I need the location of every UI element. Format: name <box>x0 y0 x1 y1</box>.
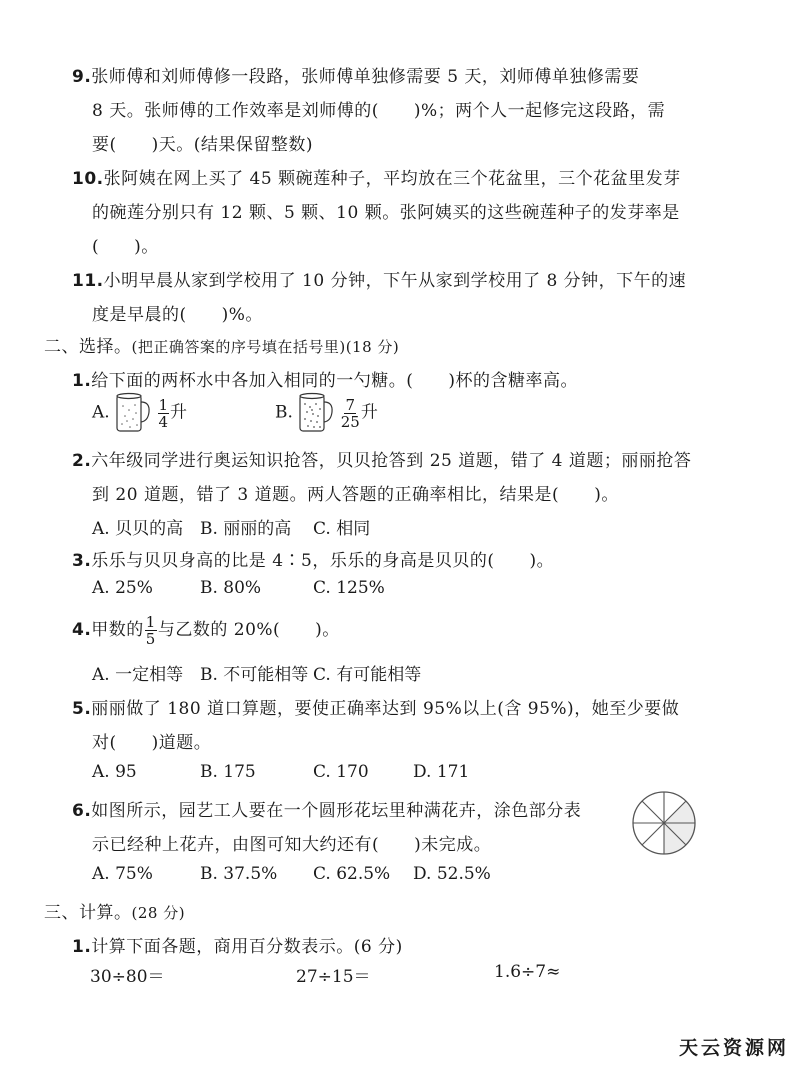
question-number: 11. <box>72 271 104 291</box>
denominator: 4 <box>159 414 169 430</box>
question-number: 1. <box>72 937 91 957</box>
question-number: 3. <box>72 551 91 571</box>
watermark: 天云资源网 <box>679 1033 789 1060</box>
s2-q1-option-b: B. 725升 <box>275 392 378 434</box>
s2-q1-option-a: A. 14升 <box>92 392 187 434</box>
cup-icon <box>115 392 151 434</box>
s3-q1-item-1: 30÷80＝ <box>90 962 165 987</box>
numerator: 1 <box>145 614 157 631</box>
numerator: 1 <box>158 397 170 414</box>
s2-q2-line1: 2.六年级同学进行奥运知识抢答，贝贝抢答到 25 道题，错了 4 道题；丽丽抢答 <box>72 446 691 471</box>
s2-q6-line2: 示已经种上花卉，由图可知大约还有( )未完成。 <box>92 830 491 855</box>
s2-q2-option-b: B. 丽丽的高 <box>200 514 291 539</box>
s2-q6-option-c: C. 62.5% <box>313 864 390 884</box>
s2-q5-option-c: C. 170 <box>313 762 369 782</box>
question-text: 丽丽做了 180 道口算题，要使正确率达到 95%以上(含 95%)，她至少要做 <box>91 699 679 719</box>
s2-q2-option-a: A. 贝贝的高 <box>92 514 183 539</box>
question-number: 10. <box>72 169 104 189</box>
question-text: 小明早晨从家到学校用了 10 分钟，下午从家到学校用了 8 分钟，下午的速 <box>104 271 687 291</box>
option-unit: 升 <box>170 403 187 423</box>
s2-q2-option-c: C. 相同 <box>313 514 370 539</box>
option-label: A. <box>92 403 110 423</box>
question-number: 9. <box>72 67 91 87</box>
s2-q4-option-c: C. 有可能相等 <box>313 660 421 685</box>
question-number: 4. <box>72 620 91 640</box>
question-number: 6. <box>72 801 91 821</box>
question-number: 1. <box>72 371 91 391</box>
question-text: 张阿姨在网上买了 45 颗碗莲种子，平均放在三个花盆里，三个花盆里发芽 <box>104 169 681 189</box>
s2-q3-option-a: A. 25% <box>92 578 153 598</box>
question-number: 5. <box>72 699 91 719</box>
question-number: 2. <box>72 451 91 471</box>
cup-icon <box>298 392 334 434</box>
question-text: 乐乐与贝贝身高的比是 4∶5，乐乐的身高是贝贝的( )。 <box>91 551 554 571</box>
s2-q2-line2: 到 20 道题，错了 3 道题。两人答题的正确率相比，结果是( )。 <box>92 480 619 505</box>
numerator: 7 <box>344 397 356 414</box>
denominator: 5 <box>146 631 156 647</box>
section-title: 三、计算。 <box>44 903 132 923</box>
s2-q5-option-d: D. 171 <box>413 762 469 782</box>
s2-q4-option-a: A. 一定相等 <box>92 660 183 685</box>
s2-q4: 4.甲数的15与乙数的 20%( )。 <box>72 614 340 647</box>
q10-line2: 的碗莲分别只有 12 颗、5 颗、10 颗。张阿姨买的这些碗莲种子的发芽率是 <box>92 198 680 223</box>
q9-line2: 8 天。张师傅的工作效率是刘师傅的( )%；两个人一起修完这段路，需 <box>92 96 665 121</box>
s2-q3-option-c: C. 125% <box>313 578 385 598</box>
s2-q1: 1.给下面的两杯水中各加入相同的一勺糖。( )杯的含糖率高。 <box>72 366 578 391</box>
s2-q6-option-b: B. 37.5% <box>200 864 277 884</box>
question-text: 给下面的两杯水中各加入相同的一勺糖。( )杯的含糖率高。 <box>91 371 578 391</box>
q10-line1: 10.张阿姨在网上买了 45 颗碗莲种子，平均放在三个花盆里，三个花盆里发芽 <box>72 164 681 189</box>
s2-q5-option-a: A. 95 <box>92 762 137 782</box>
q9-line1: 9.张师傅和刘师傅修一段路，张师傅单独修需要 5 天，刘师傅单独修需要 <box>72 62 639 87</box>
q11-line2: 度是早晨的( )%。 <box>92 300 263 325</box>
option-unit: 升 <box>361 403 378 423</box>
s2-q5-line1: 5.丽丽做了 180 道口算题，要使正确率达到 95%以上(含 95%)，她至少… <box>72 694 679 719</box>
question-text-post: 与乙数的 20%( )。 <box>158 620 340 640</box>
q11-line1: 11.小明早晨从家到学校用了 10 分钟，下午从家到学校用了 8 分钟，下午的速 <box>72 266 686 291</box>
s2-q6-option-d: D. 52.5% <box>413 864 491 884</box>
q10-line3: ( )。 <box>92 232 159 257</box>
s2-q6-line1: 6.如图所示，园艺工人要在一个圆形花坛里种满花卉，涂色部分表 <box>72 796 581 821</box>
s3-q1: 1.计算下面各题，商用百分数表示。(6 分) <box>72 932 403 957</box>
s2-q4-option-b: B. 不可能相等 <box>200 660 308 685</box>
s2-q6-option-a: A. 75% <box>92 864 153 884</box>
section-note: (28 分) <box>132 904 186 922</box>
section-note: (把正确答案的序号填在括号里)(18 分) <box>132 338 400 356</box>
section-title: 二、选择。 <box>44 337 132 357</box>
fraction: 725 <box>341 397 360 430</box>
fraction: 15 <box>145 614 157 647</box>
s2-q3-option-b: B. 80% <box>200 578 261 598</box>
s2-q5-option-b: B. 175 <box>200 762 256 782</box>
question-text: 如图所示，园艺工人要在一个圆形花坛里种满花卉，涂色部分表 <box>91 801 581 821</box>
denominator: 25 <box>341 414 360 430</box>
s3-q1-item-3: 1.6÷7≈ <box>494 962 560 982</box>
question-text: 张师傅和刘师傅修一段路，张师傅单独修需要 5 天，刘师傅单独修需要 <box>91 67 639 87</box>
option-label: B. <box>275 403 293 423</box>
fraction: 14 <box>158 397 170 430</box>
pie-diagram <box>630 789 698 857</box>
s2-q5-line2: 对( )道题。 <box>92 728 211 753</box>
s3-q1-item-2: 27÷15＝ <box>296 962 371 987</box>
question-text: 六年级同学进行奥运知识抢答，贝贝抢答到 25 道题，错了 4 道题；丽丽抢答 <box>91 451 691 471</box>
question-text-pre: 甲数的 <box>91 620 144 640</box>
s2-q3: 3.乐乐与贝贝身高的比是 4∶5，乐乐的身高是贝贝的( )。 <box>72 546 554 571</box>
section3-header: 三、计算。(28 分) <box>44 898 185 923</box>
q9-line3: 要( )天。(结果保留整数) <box>92 130 313 155</box>
question-text: 计算下面各题，商用百分数表示。(6 分) <box>91 937 402 957</box>
section2-header: 二、选择。(把正确答案的序号填在括号里)(18 分) <box>44 332 399 357</box>
